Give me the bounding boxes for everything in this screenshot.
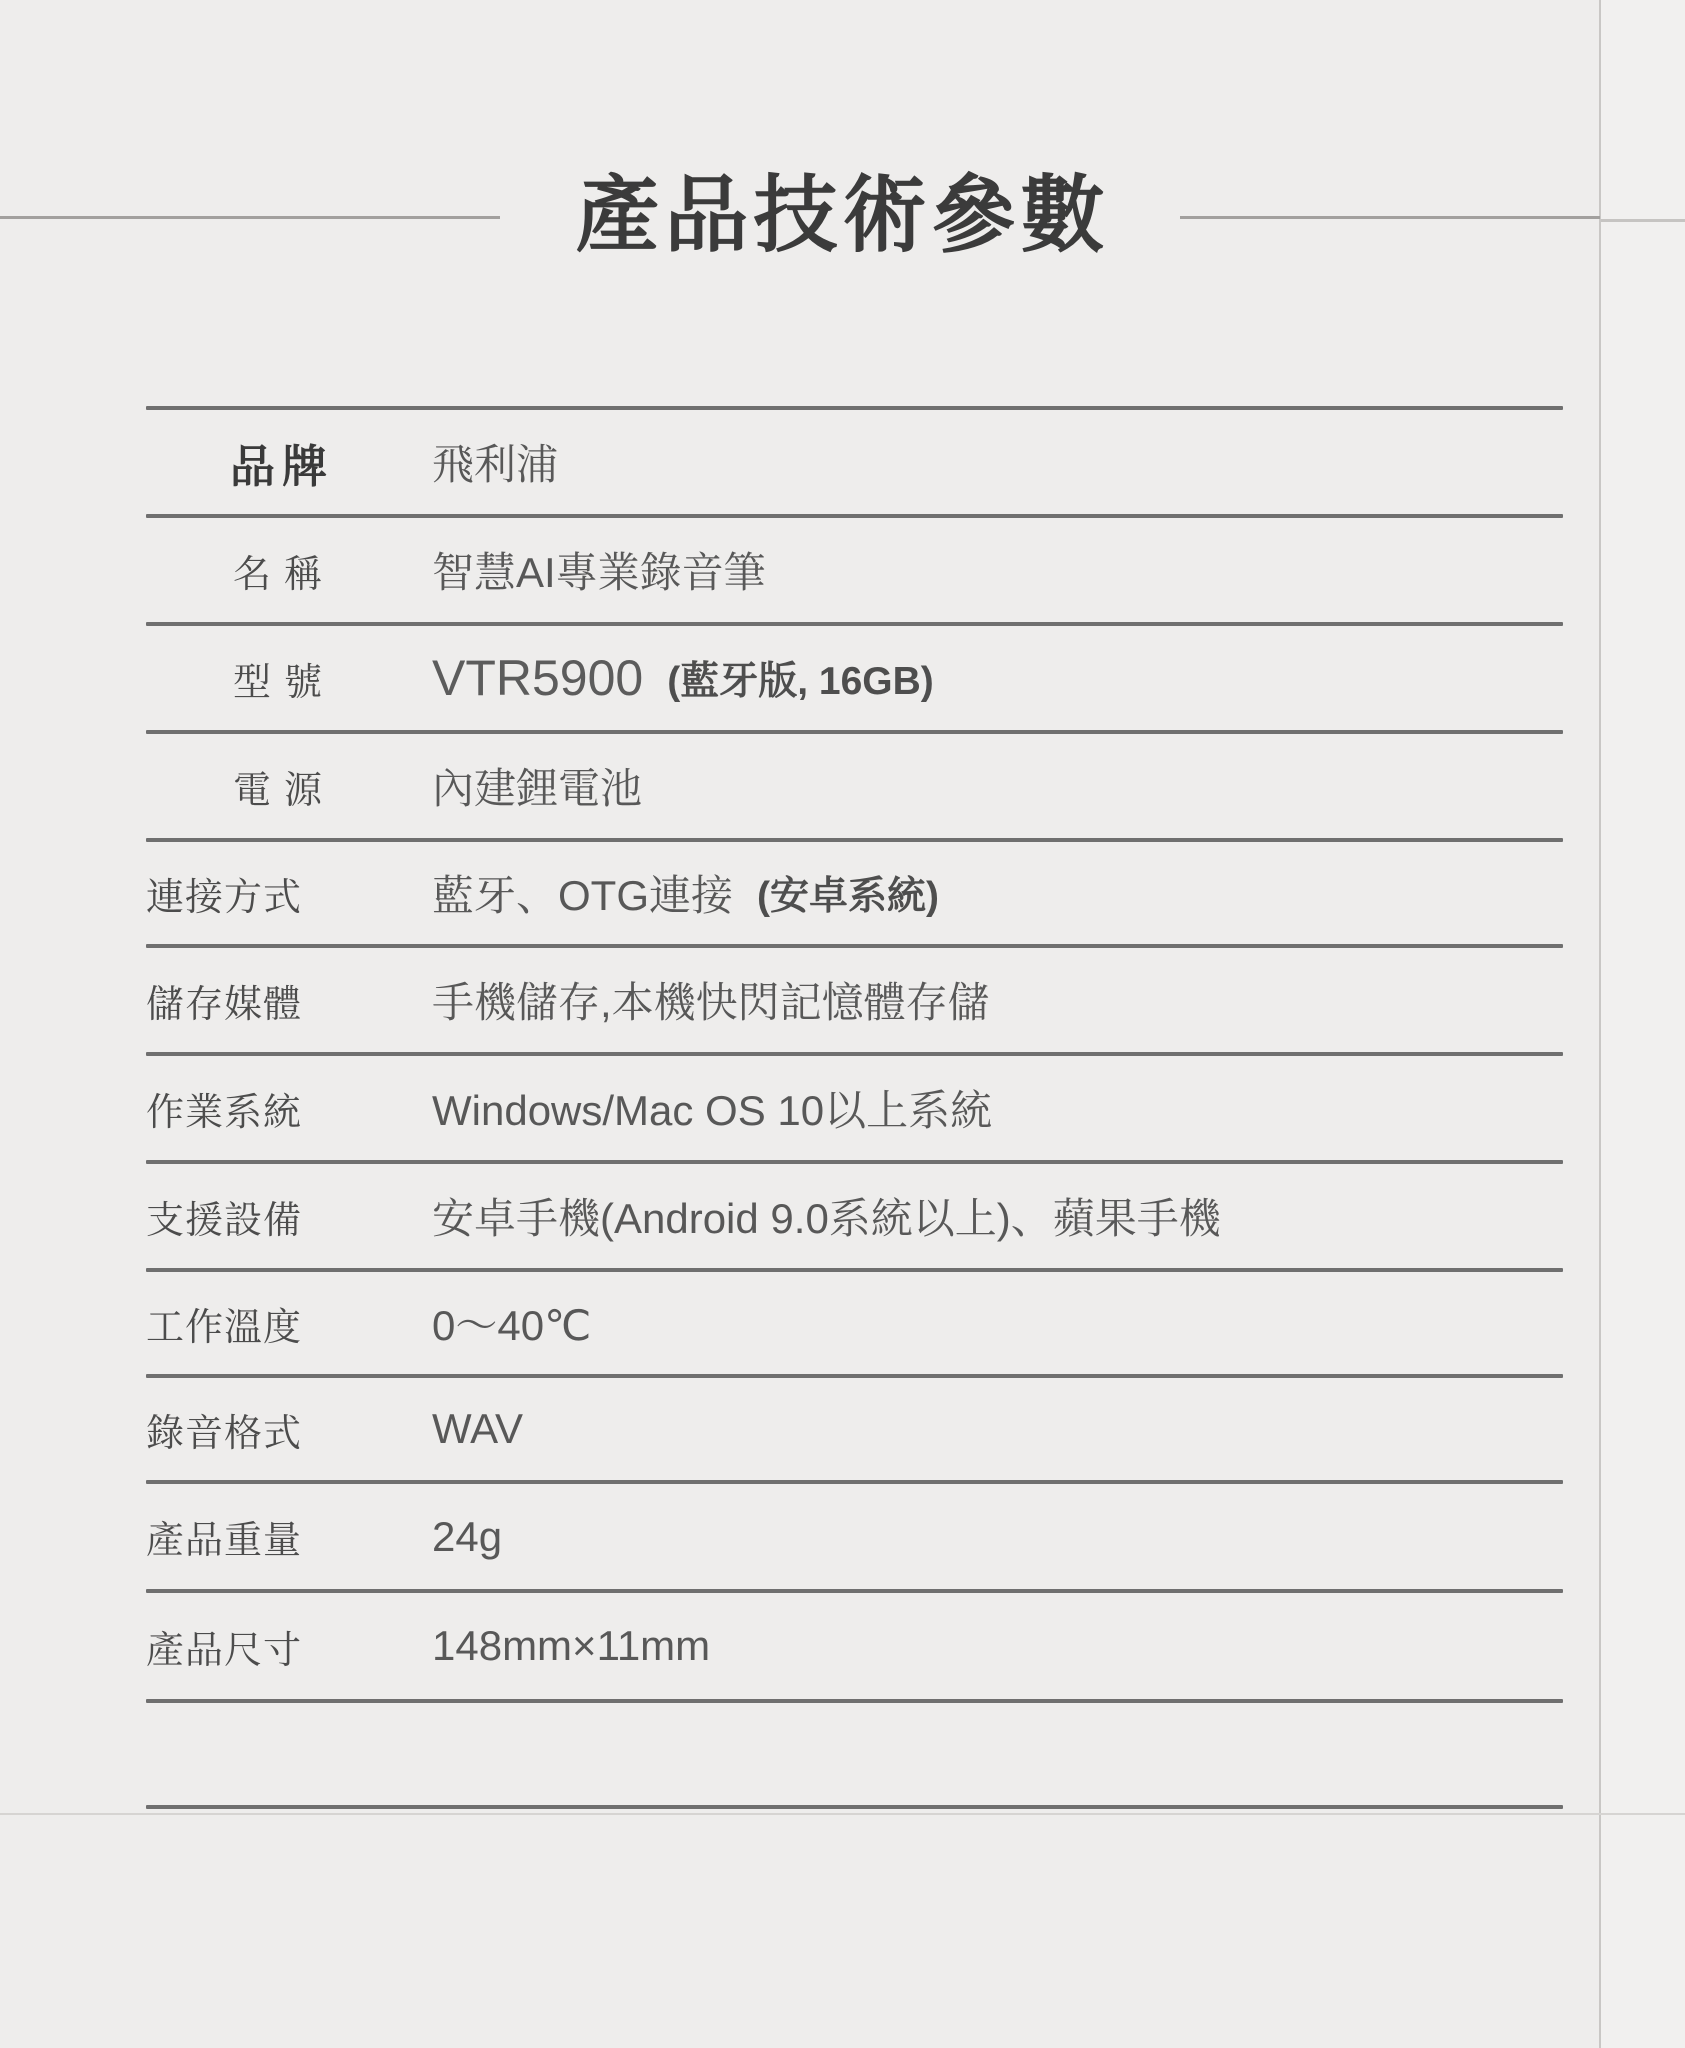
spec-row: 工作溫度 0～40℃ (146, 1272, 1563, 1374)
spec-value: 24g (432, 1513, 502, 1561)
spec-label: 名稱 (146, 543, 432, 598)
spec-label: 作業系統 (146, 1081, 432, 1136)
spec-value-note: (藍牙版, 16GB) (667, 650, 934, 706)
spec-label: 支援設備 (146, 1189, 432, 1244)
spec-label: 產品尺寸 (146, 1619, 432, 1674)
spec-label: 儲存媒體 (146, 973, 432, 1028)
spec-row: 品牌 飛利浦 (146, 410, 1563, 514)
spec-row: 連接方式 藍牙、OTG連接 (安卓系統) (146, 842, 1563, 944)
spec-value: Windows/Mac OS 10以上系統 (432, 1078, 992, 1138)
table-rule (146, 1699, 1563, 1703)
spec-value: 0～40℃ (432, 1293, 591, 1353)
spec-value-note: (安卓系統) (757, 865, 939, 921)
spec-value: WAV (432, 1405, 523, 1453)
spec-label: 品牌 (146, 430, 432, 495)
spec-label: 連接方式 (146, 866, 432, 921)
spec-row: 作業系統 Windows/Mac OS 10以上系統 (146, 1056, 1563, 1160)
spec-value: VTR5900 (432, 649, 643, 707)
spec-table: 品牌 飛利浦 名稱 智慧AI專業錄音筆 型號 VTR5900 (藍牙版, 16G… (0, 0, 1685, 2048)
spec-row: 型號 VTR5900 (藍牙版, 16GB) (146, 626, 1563, 730)
product-spec-page: { "title": "產品技術參數", "table": { "rows": … (0, 0, 1685, 2048)
spec-label: 錄音格式 (146, 1402, 432, 1457)
spec-value: 手機儲存,本機快閃記憶體存儲 (432, 970, 990, 1030)
spec-row: 產品重量 24g (146, 1484, 1563, 1589)
spec-row: 名稱 智慧AI專業錄音筆 (146, 518, 1563, 622)
spec-row: 儲存媒體 手機儲存,本機快閃記憶體存儲 (146, 948, 1563, 1052)
spec-row: 電源 內建鋰電池 (146, 734, 1563, 838)
spec-label: 工作溫度 (146, 1296, 432, 1351)
spec-label: 產品重量 (146, 1509, 432, 1564)
spec-label: 電源 (146, 759, 432, 814)
spec-value: 藍牙、OTG連接 (432, 863, 733, 923)
spec-value: 148mm×11mm (432, 1622, 710, 1670)
spec-label: 型號 (146, 651, 432, 706)
spec-value: 內建鋰電池 (432, 756, 642, 816)
spec-value: 飛利浦 (432, 432, 558, 492)
spec-value: 安卓手機(Android 9.0系統以上)、蘋果手機 (432, 1186, 1221, 1246)
spec-row: 錄音格式 WAV (146, 1378, 1563, 1480)
spec-value: 智慧AI專業錄音筆 (432, 540, 766, 600)
spec-row: 產品尺寸 148mm×11mm (146, 1593, 1563, 1699)
table-rule (146, 1805, 1563, 1809)
spec-row: 支援設備 安卓手機(Android 9.0系統以上)、蘋果手機 (146, 1164, 1563, 1268)
